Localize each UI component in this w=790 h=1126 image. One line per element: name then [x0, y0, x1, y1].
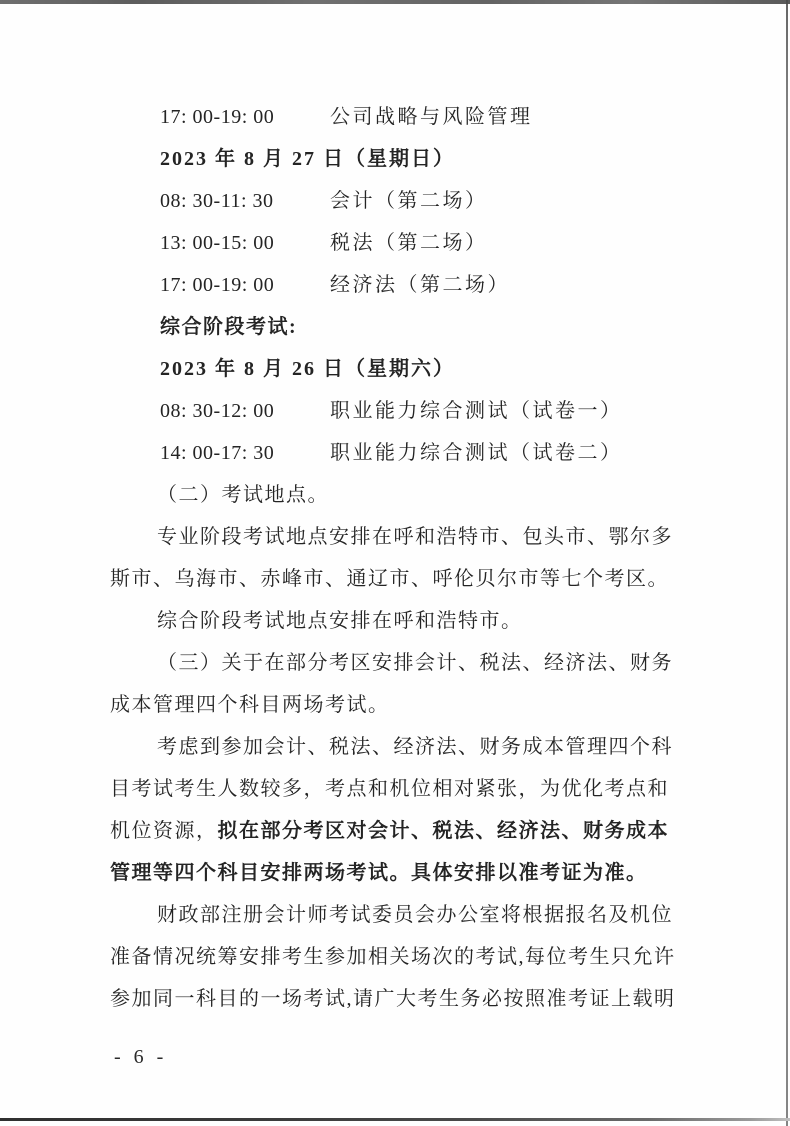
schedule-row-accounting: 08: 30-11: 30 会计（第二场）	[110, 188, 682, 230]
schedule-row-strategy: 17: 00-19: 00 公司战略与风险管理	[110, 104, 682, 146]
exam-subject: 公司战略与风险管理	[330, 104, 533, 130]
paragraph-line-mixed: 机位资源，拟在部分考区对会计、税法、经济法、财务成本	[110, 818, 682, 860]
exam-subject: 会计（第二场）	[330, 188, 488, 214]
document-page: 17: 00-19: 00 公司战略与风险管理 2023 年 8 月 27 日（…	[0, 0, 790, 1126]
comprehensive-stage-heading: 综合阶段考试:	[110, 314, 682, 356]
exam-time: 13: 00-15: 00	[160, 230, 274, 256]
schedule-row-comprehensive2: 14: 00-17: 30 职业能力综合测试（试卷二）	[110, 440, 682, 482]
exam-subject: 职业能力综合测试（试卷二）	[330, 440, 623, 466]
exam-time: 08: 30-11: 30	[160, 188, 274, 214]
paragraph-segment: 机位资源，	[110, 820, 218, 842]
paragraph-line: 财政部注册会计师考试委员会办公室将根据报名及机位	[110, 902, 682, 944]
schedule-row-economiclaw: 17: 00-19: 00 经济法（第二场）	[110, 272, 682, 314]
paragraph-line: 综合阶段考试地点安排在呼和浩特市。	[110, 608, 682, 650]
exam-date-aug27-heading: 2023 年 8 月 27 日（星期日）	[110, 146, 682, 188]
scan-edge-top	[0, 0, 790, 4]
exam-time: 17: 00-19: 00	[160, 104, 274, 130]
exam-time: 08: 30-12: 00	[160, 398, 274, 424]
paragraph-segment-bold: 拟在部分考区对会计、税法、经济法、财务成本	[218, 820, 670, 842]
exam-subject: 经济法（第二场）	[330, 272, 510, 298]
schedule-row-comprehensive1: 08: 30-12: 00 职业能力综合测试（试卷一）	[110, 398, 682, 440]
section-three-heading-line2: 成本管理四个科目两场考试。	[110, 692, 682, 734]
paragraph-line: 参加同一科目的一场考试,请广大考生务必按照准考证上载明	[110, 986, 682, 1028]
exam-time: 17: 00-19: 00	[160, 272, 274, 298]
schedule-row-taxlaw: 13: 00-15: 00 税法（第二场）	[110, 230, 682, 272]
paragraph-line: 准备情况统筹安排考生参加相关场次的考试,每位考生只允许	[110, 944, 682, 986]
exam-date-aug26-heading: 2023 年 8 月 26 日（星期六）	[110, 356, 682, 398]
paragraph-line: 考虑到参加会计、税法、经济法、财务成本管理四个科	[110, 734, 682, 776]
paragraph-line: 目考试考生人数较多，考点和机位相对紧张，为优化考点和	[110, 776, 682, 818]
paragraph-line: 斯市、乌海市、赤峰市、通辽市、呼伦贝尔市等七个考区。	[110, 566, 682, 608]
paragraph-line: 专业阶段考试地点安排在呼和浩特市、包头市、鄂尔多	[110, 524, 682, 566]
scan-edge-bottom	[0, 1118, 790, 1121]
exam-subject: 税法（第二场）	[330, 230, 488, 256]
scan-edge-right	[786, 0, 788, 1126]
document-content: 17: 00-19: 00 公司战略与风险管理 2023 年 8 月 27 日（…	[110, 104, 682, 1028]
exam-subject: 职业能力综合测试（试卷一）	[330, 398, 623, 424]
paragraph-line-bold: 管理等四个科目安排两场考试。具体安排以准考证为准。	[110, 860, 682, 902]
exam-time: 14: 00-17: 30	[160, 440, 274, 466]
section-three-heading-line1: （三）关于在部分考区安排会计、税法、经济法、财务	[110, 650, 682, 692]
page-number: - 6 -	[114, 1046, 167, 1069]
section-two-heading: （二）考试地点。	[110, 482, 682, 524]
